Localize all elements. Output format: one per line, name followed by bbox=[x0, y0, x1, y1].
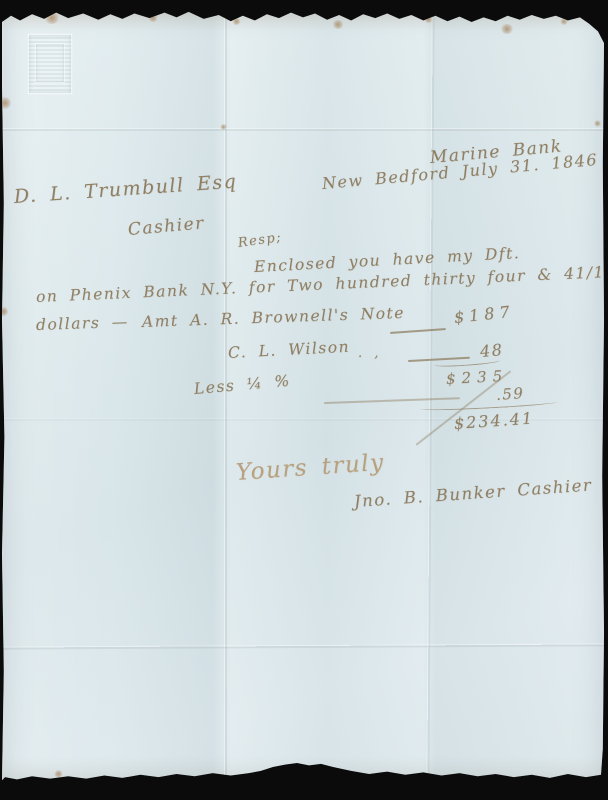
foxing-spot bbox=[220, 124, 227, 130]
scanned-letter: Marine Bank New Bedford July 31. 1846 D.… bbox=[0, 0, 608, 800]
foxing-spot bbox=[500, 24, 514, 34]
foxing-spot bbox=[148, 14, 158, 22]
foxing-spot bbox=[316, 766, 327, 775]
ledger-dash-line bbox=[390, 328, 446, 333]
recipient-title: Cashier bbox=[127, 213, 205, 240]
valediction: Yours truly bbox=[235, 450, 385, 486]
horizontal-fold-crease-bottom bbox=[2, 643, 604, 649]
foxing-spot bbox=[0, 96, 11, 110]
ledger-dash-line-long bbox=[324, 397, 460, 403]
body-line-3-dollars: dollars — bbox=[36, 313, 129, 334]
horizontal-fold-crease-top bbox=[2, 128, 604, 131]
foxing-spot bbox=[594, 120, 601, 127]
signature: Jno. B. Bunker Cashier bbox=[353, 475, 592, 511]
foxing-spot bbox=[0, 306, 8, 317]
foxing-spot bbox=[560, 18, 568, 25]
foxing-spot bbox=[424, 16, 433, 23]
total-amount: $234.41 bbox=[453, 408, 534, 433]
letter-paper: Marine Bank New Bedford July 31. 1846 D.… bbox=[2, 8, 604, 788]
embossed-seal-icon bbox=[28, 34, 72, 94]
amount-brownell-note: $187 bbox=[453, 302, 515, 327]
foxing-spot bbox=[54, 770, 63, 778]
foxing-spot bbox=[332, 20, 344, 29]
body-line-3-item: Amt A. R. Brownell's Note bbox=[142, 304, 405, 331]
recipient-name: D. L. Trumbull Esq bbox=[13, 170, 238, 208]
embossed-seal-inner bbox=[35, 43, 65, 83]
foxing-spot bbox=[232, 18, 241, 25]
body-line-4-dots: . , bbox=[358, 346, 380, 361]
foxing-spot bbox=[44, 12, 60, 24]
vertical-fold-crease-left bbox=[224, 8, 227, 788]
body-line-4-item: C. L. Wilson bbox=[228, 338, 351, 362]
salutation: Resp; bbox=[237, 230, 283, 251]
less-label: Less ¼ % bbox=[193, 372, 291, 398]
total-rule-line bbox=[420, 399, 558, 412]
